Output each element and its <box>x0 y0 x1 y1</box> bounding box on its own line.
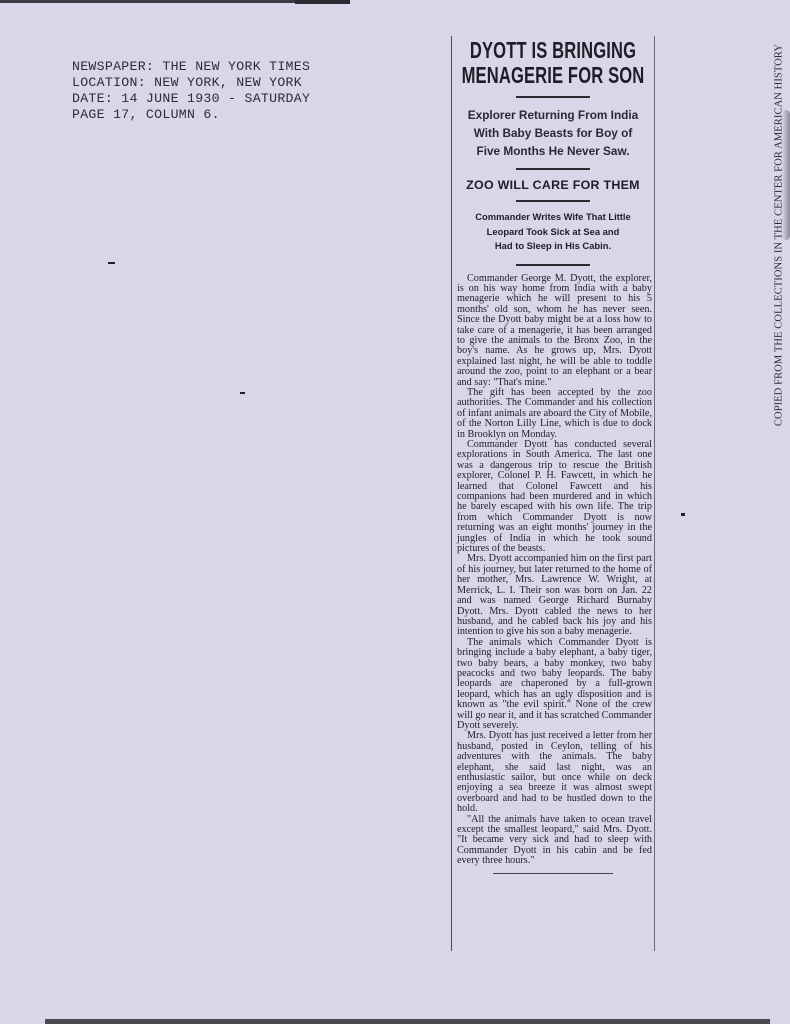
article-paragraph: The animals which Commander Dyott is bri… <box>457 638 652 732</box>
scan-speck <box>681 513 685 516</box>
subheadline-line: Five Months He Never Saw. <box>452 142 654 160</box>
article-paragraph: Mrs. Dyott accompanied him on the first … <box>457 554 652 637</box>
subheadline-line: With Baby Beasts for Boy of <box>452 124 654 142</box>
article-paragraph: Mrs. Dyott has just received a letter fr… <box>457 731 652 814</box>
headline-line: MENAGERIE FOR SON <box>451 63 654 88</box>
article-paragraph: The gift has been accepted by the zoo au… <box>457 388 652 440</box>
scan-speck <box>108 262 115 264</box>
divider <box>516 168 590 170</box>
headline: DYOTT IS BRINGING MENAGERIE FOR SON <box>451 38 654 88</box>
sub-deck-line: Commander Writes Wife That Little <box>452 210 654 225</box>
scan-speck <box>240 392 245 394</box>
newspaper-clipping: DYOTT IS BRINGING MENAGERIE FOR SON Expl… <box>451 36 655 951</box>
divider <box>516 96 590 98</box>
end-rule <box>493 873 613 874</box>
citation-page: PAGE 17, COLUMN 6. <box>72 107 310 123</box>
citation-block: NEWSPAPER: THE NEW YORK TIMES LOCATION: … <box>72 59 310 123</box>
article-paragraph: Commander George M. Dyott, the explorer,… <box>457 274 652 388</box>
scan-top-edge-mark <box>295 0 350 4</box>
section-heading: ZOO WILL CARE FOR THEM <box>452 178 654 192</box>
scan-bottom-edge <box>45 1019 770 1024</box>
citation-date: DATE: 14 JUNE 1930 - SATURDAY <box>72 91 310 107</box>
divider <box>516 264 590 266</box>
archive-stamp-text: COPIED FROM THE COLLECTIONS IN THE CENTE… <box>774 44 785 426</box>
divider <box>516 200 590 202</box>
subheadline-line: Explorer Returning From India <box>452 106 654 124</box>
article-paragraph: Commander Dyott has conducted several ex… <box>457 440 652 554</box>
citation-newspaper: NEWSPAPER: THE NEW YORK TIMES <box>72 59 310 75</box>
sub-deck-line: Leopard Took Sick at Sea and <box>452 225 654 240</box>
sub-deck-line: Had to Sleep in His Cabin. <box>452 239 654 254</box>
citation-location: LOCATION: NEW YORK, NEW YORK <box>72 75 310 91</box>
sub-deck: Commander Writes Wife That Little Leopar… <box>452 210 654 254</box>
subheadline: Explorer Returning From India With Baby … <box>452 106 654 160</box>
article-body: Commander George M. Dyott, the explorer,… <box>452 274 654 867</box>
headline-line: DYOTT IS BRINGING <box>451 38 654 63</box>
archive-stamp: COPIED FROM THE COLLECTIONS IN THE CENTE… <box>773 60 785 410</box>
article-paragraph: "All the animals have taken to ocean tra… <box>457 815 652 867</box>
